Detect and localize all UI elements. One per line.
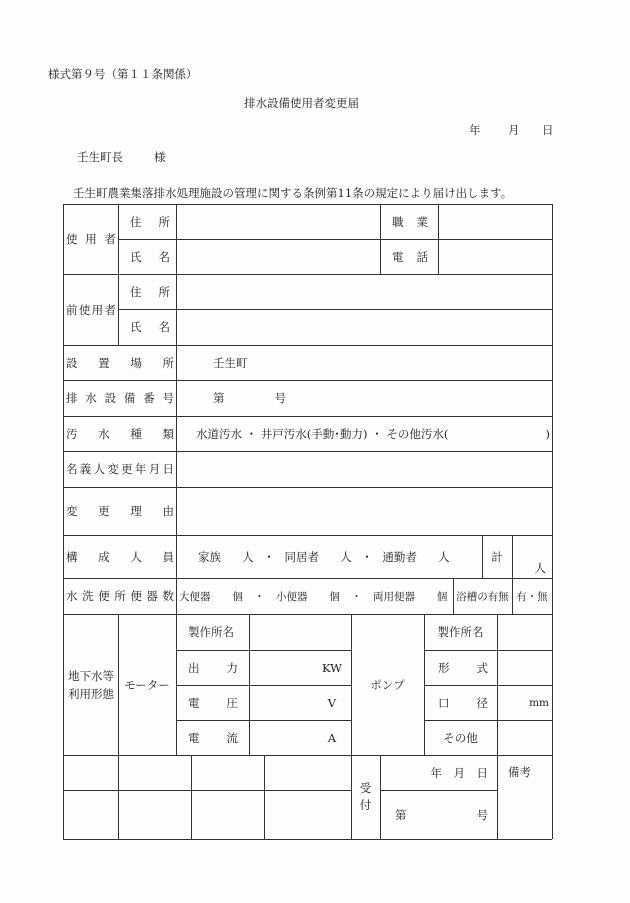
change-reason-label: 変更理由 [64,487,176,535]
approval-stamp-cell[interactable] [64,791,118,839]
members-field[interactable]: 家族 人 ・ 同居者 人 ・ 通勤者 人 [198,535,480,578]
approval-cell[interactable] [192,756,264,790]
form-title: 排水設備使用者変更届 [244,95,359,111]
previous-user-label: 前使用者 [64,274,118,345]
pump-label: ポンプ [351,614,424,755]
groundwater-label: 地下水等 利用形態 [64,614,118,755]
pump-maker-field[interactable] [498,615,551,649]
user-address-label: 住所 [130,204,170,239]
table-border [63,839,552,840]
remarks-field[interactable] [498,780,551,838]
change-reason-field[interactable] [177,488,551,534]
location-field[interactable]: 壬生町 [213,345,551,380]
previous-user-name-field[interactable] [177,310,551,344]
facility-number-field[interactable]: 第 号 [213,380,551,416]
approval-cell[interactable] [64,756,118,790]
pump-diameter-label: 口径 [438,685,488,720]
bathtub-label: 浴槽の有無 [453,578,512,614]
members-total-field[interactable]: 人 [513,535,552,578]
motor-current-field[interactable]: A [250,720,336,755]
bathtub-field[interactable]: 有・無 [512,578,552,614]
pump-maker-label: 製作所名 [424,614,497,650]
motor-maker-field[interactable] [250,615,350,649]
sewage-type-options[interactable]: 水道汚水 ・ 井戸汚水(手動･動力) ・ その他汚水( ) [196,416,550,451]
col-divider [176,614,177,755]
previous-user-address-label: 住所 [130,274,170,309]
pump-type-label: 形式 [438,650,488,685]
remarks-label: 備考 [508,764,531,780]
reception-label: 受 付 [351,755,380,839]
change-date-field[interactable] [177,452,551,486]
members-total-label: 計 [482,535,512,578]
pump-type-field[interactable] [498,651,551,684]
form-number: 様式第９号（第１１条関係） [48,66,198,82]
approval-stamp-cell[interactable] [119,791,191,839]
user-phone-label: 電話 [392,239,428,274]
facility-number-label: 排水設備番号 [64,380,176,416]
pump-other-field[interactable] [498,721,551,754]
addressee-suffix: 様 [154,149,166,165]
motor-label: モーター [118,614,176,755]
col-divider [380,204,381,274]
toilets-label: 水洗便所便器数 [64,578,176,614]
user-name-label: 氏名 [130,239,170,274]
previous-user-address-field[interactable] [177,275,551,308]
statement: 壬生町農業集落排水処理施設の管理に関する条例第11条の規定により届け出します。 [73,185,512,201]
approval-cell[interactable] [265,756,351,790]
user-occupation-label: 職業 [392,204,428,239]
user-label: 使用者 [64,204,118,274]
reception-date[interactable]: 年 月 日 [381,755,488,790]
date-month-label: 月 [508,122,520,138]
sewage-type-label: 汚水種類 [64,416,176,451]
location-label: 設置場所 [64,345,176,380]
user-phone-field[interactable] [439,240,551,273]
toilets-field[interactable]: 大便器 個 ・ 小便器 個 ・ 両用便器 個 [179,578,452,614]
previous-user-name-label: 氏名 [130,309,170,345]
motor-voltage-field[interactable]: V [250,685,336,720]
user-name-field[interactable] [177,240,379,273]
reception-number[interactable]: 第 号 [395,790,488,839]
table-border [552,204,553,839]
motor-output-field[interactable]: KW [250,650,342,685]
addressee: 壬生町長 [77,149,123,165]
user-address-field[interactable] [177,205,379,238]
approval-stamp-cell[interactable] [192,791,264,839]
members-label: 構成人員 [64,535,176,578]
approval-stamp-cell[interactable] [265,791,351,839]
motor-voltage-label: 電圧 [188,685,238,720]
change-date-label: 名義人変更年月日 [64,451,176,487]
date-year-label: 年 [469,122,481,138]
date-day-label: 日 [542,122,554,138]
user-occupation-field[interactable] [439,205,551,238]
pump-diameter-field[interactable]: mm [498,685,549,720]
approval-cell[interactable] [119,756,191,790]
pump-other-label: その他 [424,720,497,755]
motor-current-label: 電流 [188,720,238,755]
col-divider [118,204,119,345]
motor-output-label: 出力 [188,650,238,685]
motor-maker-label: 製作所名 [188,614,244,650]
